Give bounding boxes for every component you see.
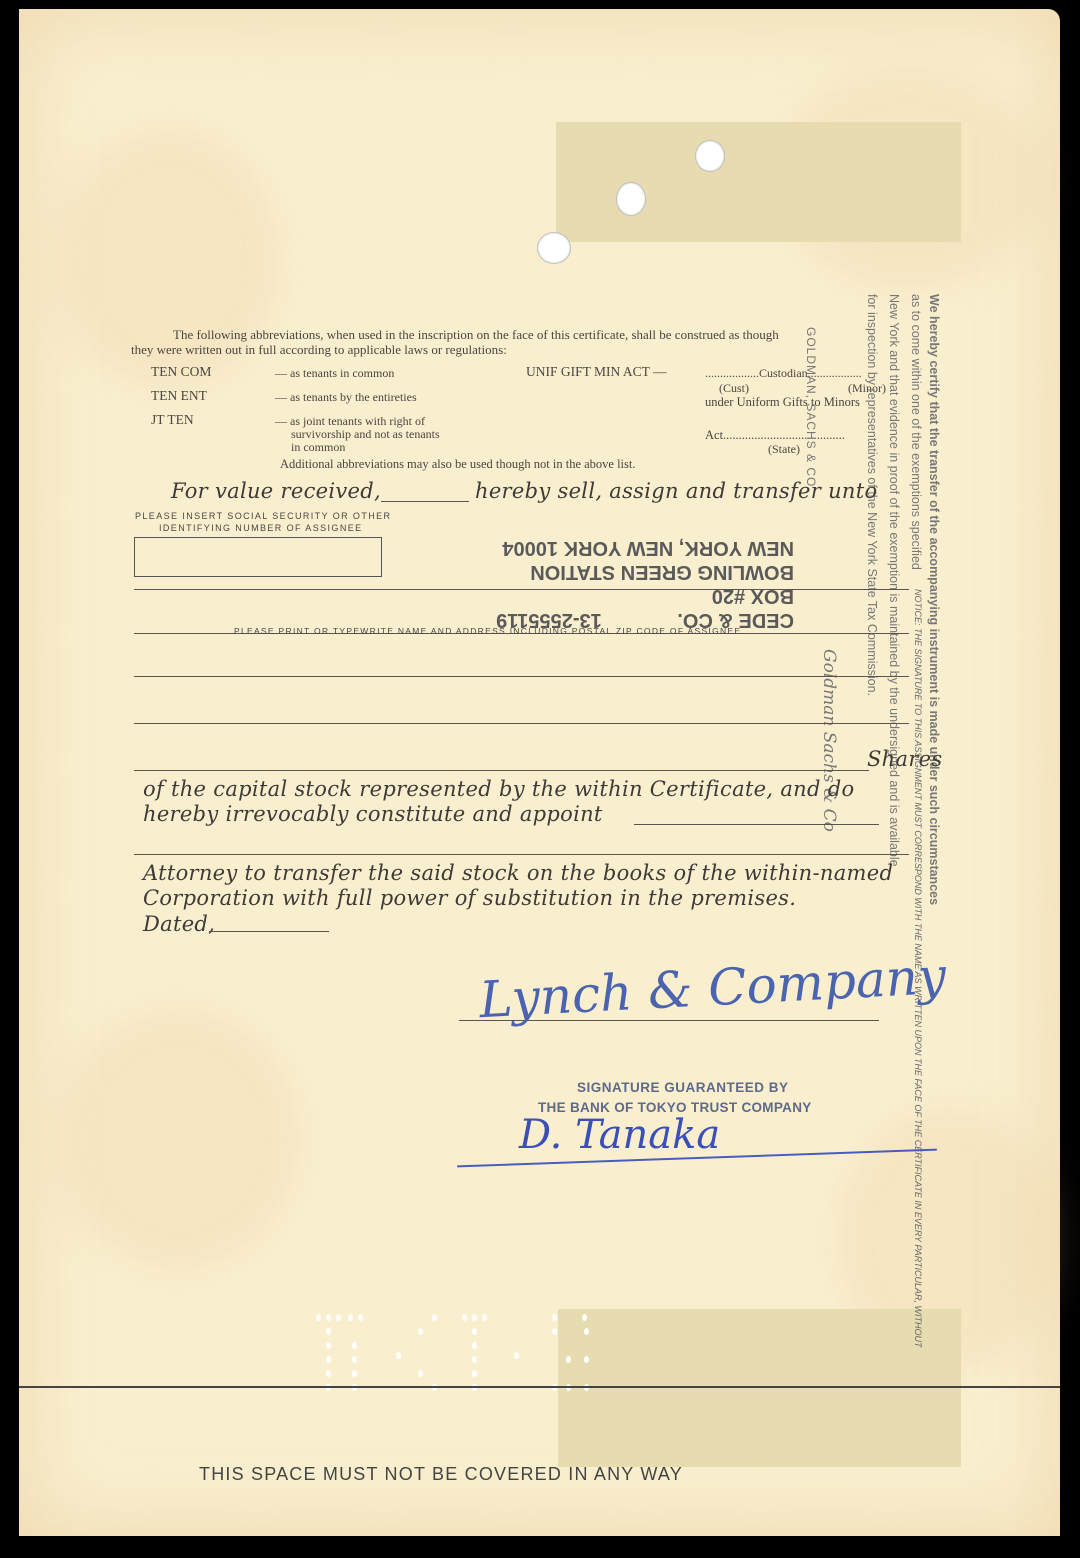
- goldman-sachs-stamp: GOLDMAN, SACHS & CO.: [804, 327, 818, 492]
- abbrev-intro-2: they were written out in full according …: [131, 342, 507, 358]
- stamp-line: CEDE & CO.: [677, 608, 794, 632]
- signature-guarantee-line-1: SIGNATURE GUARANTEED BY: [577, 1080, 789, 1095]
- abbrev-intro-1: The following abbreviations, when used i…: [173, 327, 779, 343]
- abbrev-meaning: — as tenants in common: [275, 366, 394, 381]
- hereby-sell: hereby sell, assign and transfer unto: [475, 479, 877, 503]
- shares-label: Shares: [867, 747, 942, 771]
- bottom-divider: [19, 1386, 1060, 1388]
- lynch-company-signature: Lynch & Company: [478, 947, 948, 1029]
- attorney-text: Attorney to transfer the said stock on t…: [143, 861, 893, 885]
- stamp-line: NEW YORK, NEW YORK 10004: [474, 536, 794, 560]
- perforation-numbers: [304, 1314, 704, 1394]
- tax-certification-line-1: We hereby certify that the transfer of t…: [927, 294, 941, 905]
- abbrev-meaning-cont: in common: [291, 440, 345, 455]
- tax-certification-line-3: New York and that evidence in proof of t…: [887, 294, 901, 867]
- state-label: (State): [768, 442, 800, 457]
- stamp-line: BOX #20: [474, 584, 794, 608]
- attorney-line[interactable]: [634, 824, 879, 825]
- act-field: Act.....................................…: [705, 428, 845, 443]
- shares-line[interactable]: [134, 770, 869, 771]
- tape-top: [556, 122, 961, 242]
- stamp-line: BOWLING GREEN STATION: [474, 560, 794, 584]
- assignor-line: [381, 501, 469, 502]
- dated-label: Dated,: [143, 912, 215, 936]
- irrevocably-text: hereby irrevocably constitute and appoin…: [143, 802, 603, 826]
- stain: [59, 1009, 299, 1269]
- abbrev-code: TEN ENT: [151, 388, 207, 404]
- punch-hole: [695, 140, 725, 172]
- for-value-received: For value received,: [171, 479, 381, 503]
- cust-label: (Cust): [719, 381, 749, 396]
- punch-hole: [537, 232, 571, 264]
- abbrev-meaning: — as tenants by the entireties: [275, 390, 417, 405]
- assignee-line-3[interactable]: [134, 676, 909, 677]
- footer-warning: THIS SPACE MUST NOT BE COVERED IN ANY WA…: [199, 1464, 683, 1485]
- custodian-field: ..................Custodian.............…: [705, 366, 862, 381]
- attorney-line-2[interactable]: [134, 854, 909, 855]
- assignee-line-4[interactable]: [134, 723, 909, 724]
- corporation-text: Corporation with full power of substitut…: [143, 886, 796, 910]
- dated-line[interactable]: [209, 931, 329, 932]
- stamp-tax-id: 13-2555119: [496, 609, 602, 631]
- uniform-gifts-label: under Uniform Gifts to Minors: [705, 395, 860, 410]
- abbrev-code: JT TEN: [151, 412, 194, 428]
- guarantor-signature: D. Tanaka: [519, 1112, 720, 1158]
- abbrev-code: TEN COM: [151, 364, 211, 380]
- punch-hole: [616, 182, 646, 216]
- capital-stock-text: of the capital stock represented by the …: [143, 777, 854, 801]
- cede-co-stamp: CEDE & CO. 13-2555119 BOX #20 BOWLING GR…: [474, 536, 794, 632]
- abbrev-additional: Additional abbreviations may also be use…: [280, 457, 636, 472]
- certificate-back: The following abbreviations, when used i…: [19, 9, 1060, 1536]
- tax-certification-line-2: as to come within one of the exemptions …: [909, 294, 923, 570]
- ssn-input-box[interactable]: [134, 537, 382, 577]
- unif-gift-label: UNIF GIFT MIN ACT —: [526, 364, 667, 380]
- ssn-label-2: IDENTIFYING NUMBER OF ASSIGNEE: [159, 523, 363, 533]
- ssn-label-1: PLEASE INSERT SOCIAL SECURITY OR OTHER: [135, 511, 391, 521]
